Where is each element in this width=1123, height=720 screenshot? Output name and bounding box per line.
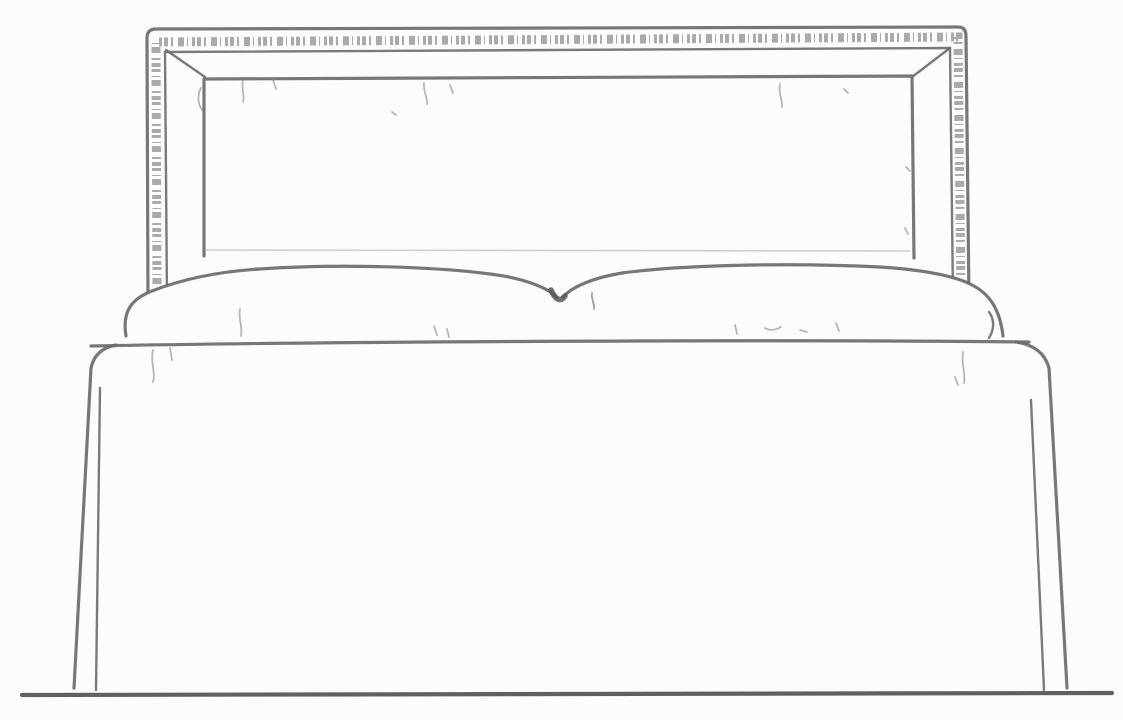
- headboard-panel-bottom-faint: [206, 250, 910, 251]
- floor-line: [22, 693, 1112, 695]
- bed-sketch: [0, 0, 1123, 720]
- pillow-right-fill: [563, 265, 1004, 342]
- bed-sketch-canvas: [0, 0, 1123, 720]
- paper-background: [0, 0, 1123, 720]
